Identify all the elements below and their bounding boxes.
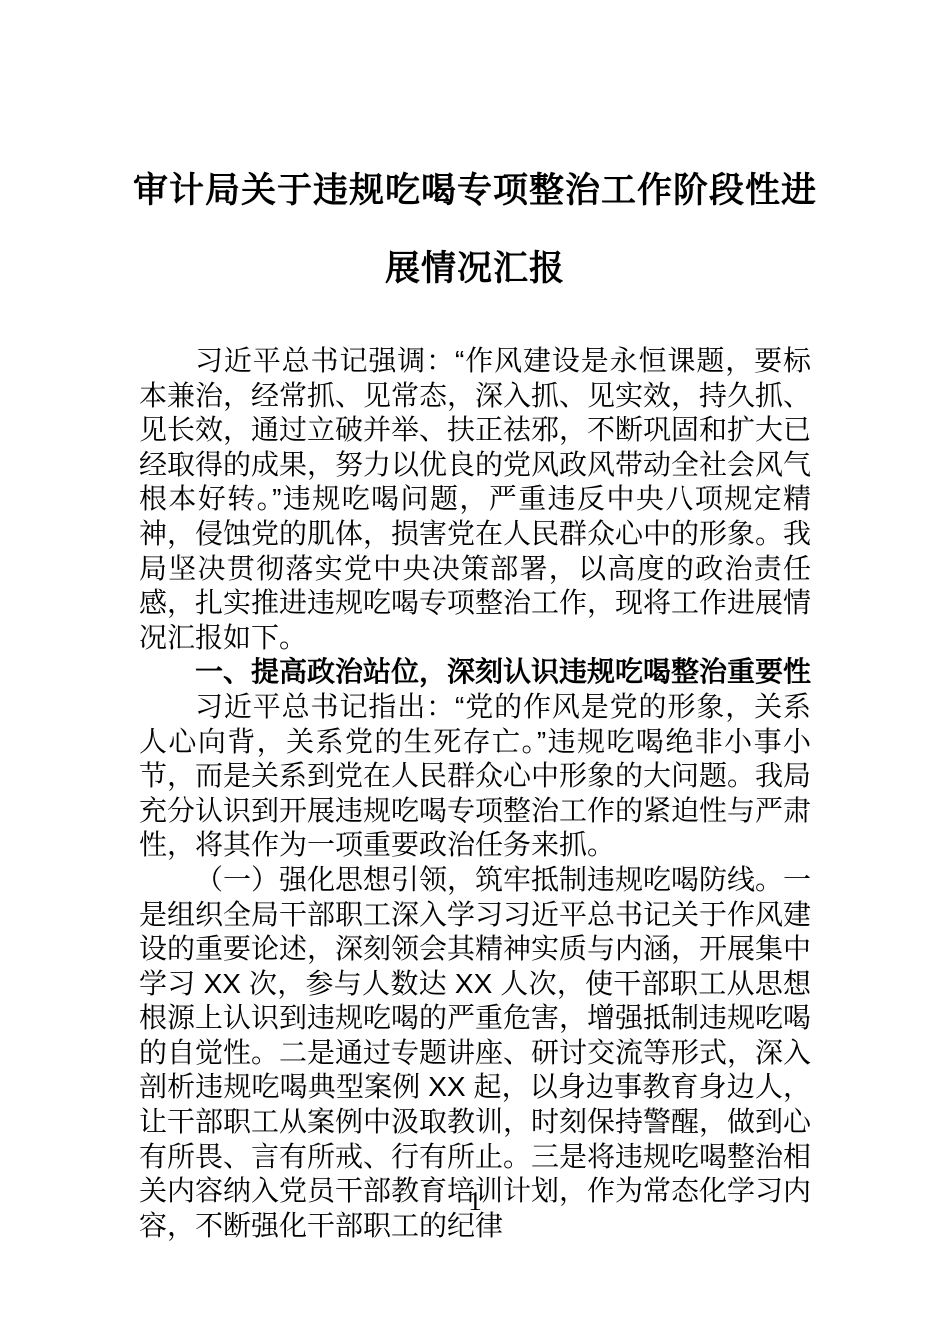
document-body: 习近平总书记强调：“作风建设是永恒课题，要标本兼治，经常抓、见常态，深入抓、见实… [139,344,811,1243]
document-page: 审计局关于违规吃喝专项整治工作阶段性进展情况汇报 习近平总书记强调：“作风建设是… [0,0,950,1344]
document-title: 审计局关于违规吃喝专项整治工作阶段性进展情况汇报 [125,152,825,308]
paragraph-section1-intro: 习近平总书记指出：“党的作风是党的形象，关系人心向背，关系党的生死存亡。”违规吃… [139,690,811,863]
section-heading-1: 一、提高政治站位，深刻认识违规吃喝整治重要性 [139,655,811,690]
paragraph-intro: 习近平总书记强调：“作风建设是永恒课题，要标本兼治，经常抓、见常态，深入抓、见实… [139,344,811,655]
page-number: 1 [0,1186,950,1217]
